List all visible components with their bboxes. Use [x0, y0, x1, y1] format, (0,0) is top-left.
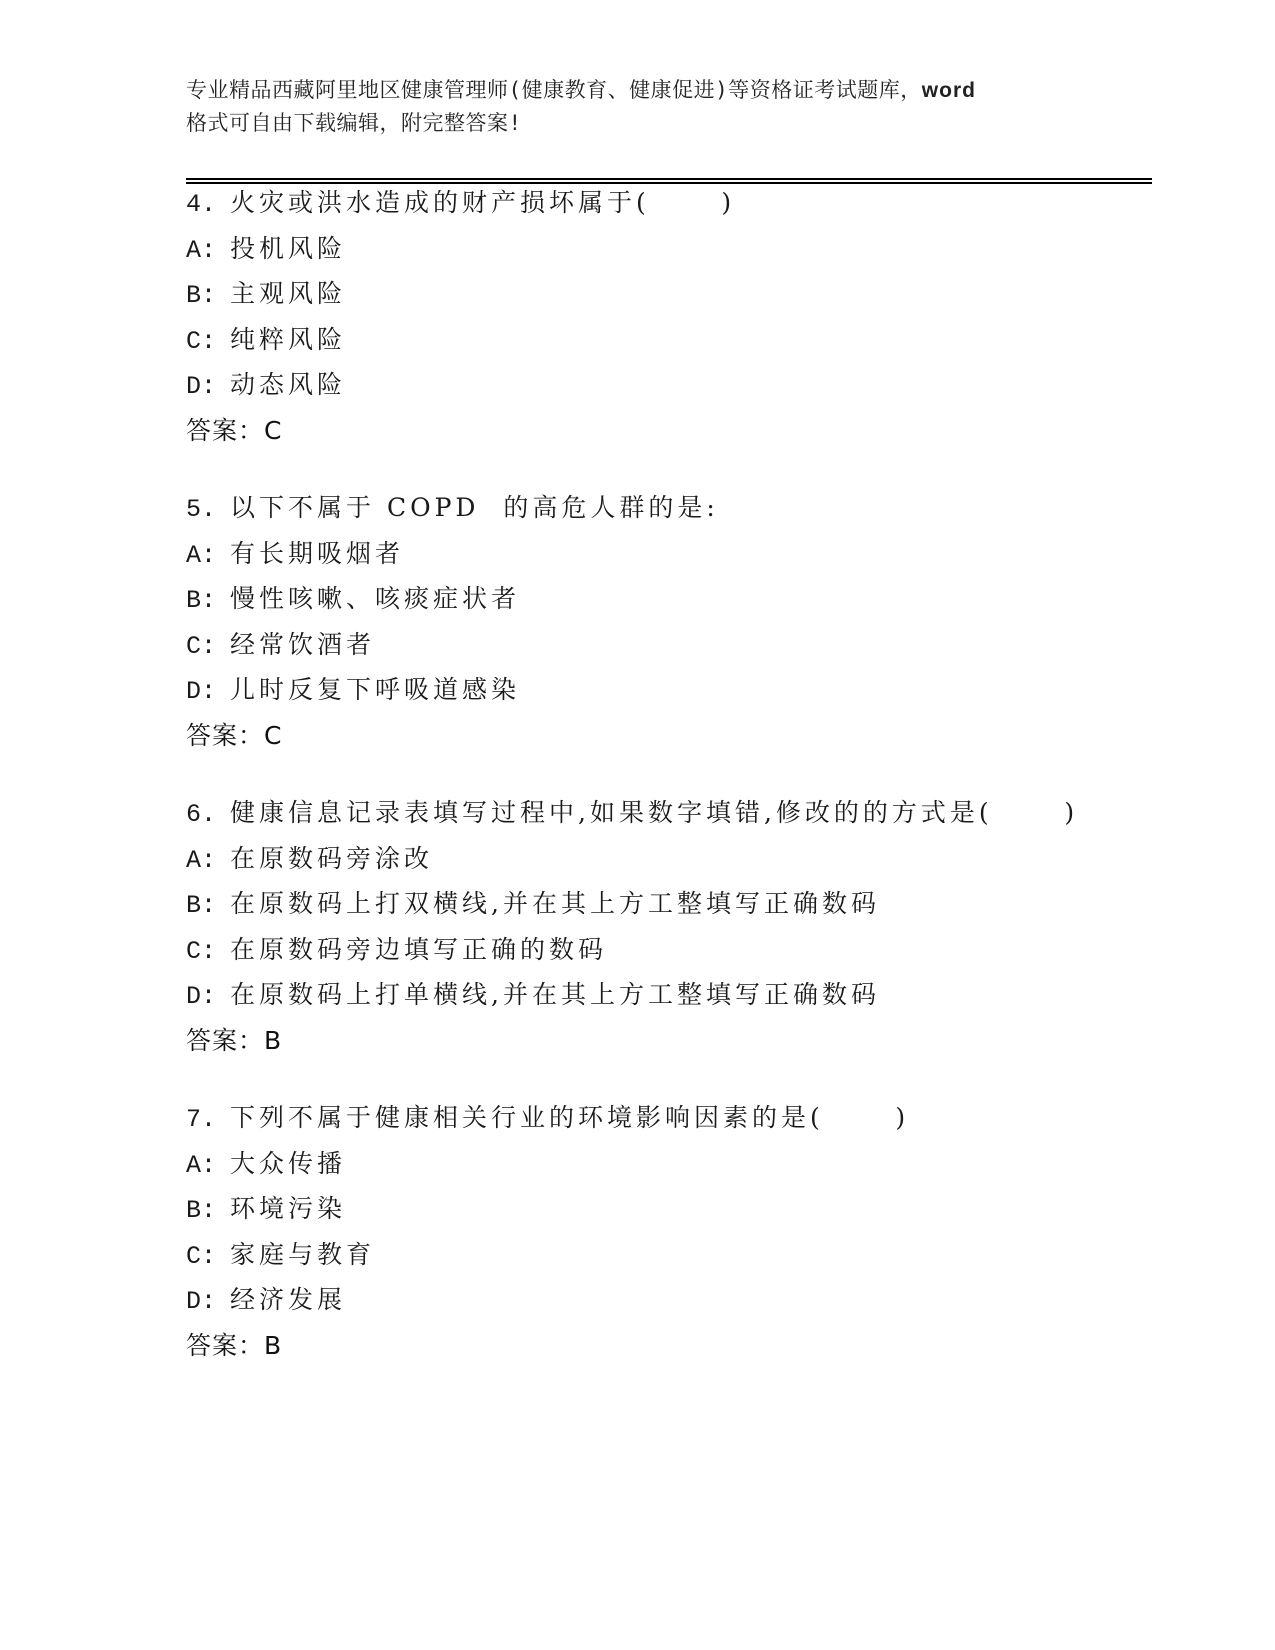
question-stem: 7.下列不属于健康相关行业的环境影响因素的是( ) [186, 1095, 1186, 1141]
option-label: A: [186, 1143, 230, 1189]
question-text: 火灾或洪水造成的财产损坏属于( ) [230, 188, 735, 217]
option-label: C: [186, 929, 230, 975]
document-page: 专业精品西藏阿里地区健康管理师(健康教育、健康促进)等资格证考试题库，word … [0, 0, 1275, 1650]
question-text: 健康信息记录表填写过程中,如果数字填错,修改的的方式是( ) [230, 798, 1078, 827]
option-label: B: [186, 883, 230, 929]
option-b: B:慢性咳嗽、咳痰症状者 [186, 576, 1186, 622]
question-5: 5.以下不属于 COPD 的高危人群的是: A:有长期吸烟者 B:慢性咳嗽、咳痰… [186, 485, 1186, 758]
option-text: 儿时反复下呼吸道感染 [230, 675, 520, 704]
answer-value: B [264, 1026, 282, 1055]
option-c: C:纯粹风险 [186, 317, 1186, 363]
question-4: 4.火灾或洪水造成的财产损坏属于( ) A:投机风险 B:主观风险 C:纯粹风险… [186, 180, 1186, 453]
option-text: 动态风险 [230, 370, 346, 399]
option-label: A: [186, 228, 230, 274]
option-label: D: [186, 669, 230, 715]
option-d: D:儿时反复下呼吸道感染 [186, 667, 1186, 713]
answer-value: C [264, 721, 282, 750]
option-label: D: [186, 364, 230, 410]
question-text: 下列不属于健康相关行业的环境影响因素的是( ) [230, 1103, 909, 1132]
document-header: 专业精品西藏阿里地区健康管理师(健康教育、健康促进)等资格证考试题库，word … [186, 74, 1086, 139]
answer-line: 答案：C [186, 713, 1186, 759]
option-label: A: [186, 838, 230, 884]
option-text: 经常饮酒者 [230, 630, 375, 659]
question-number: 5. [186, 487, 230, 533]
option-label: C: [186, 624, 230, 670]
option-text: 主观风险 [230, 279, 346, 308]
option-b: B:在原数码上打双横线,并在其上方工整填写正确数码 [186, 881, 1186, 927]
option-a: A:在原数码旁涂改 [186, 836, 1186, 882]
option-text: 投机风险 [230, 234, 346, 263]
option-label: D: [186, 974, 230, 1020]
option-text: 在原数码旁边填写正确的数码 [230, 935, 607, 964]
option-c: C:在原数码旁边填写正确的数码 [186, 927, 1186, 973]
option-label: B: [186, 578, 230, 624]
question-number: 7. [186, 1097, 230, 1143]
answer-label: 答案： [186, 1331, 264, 1360]
question-6: 6.健康信息记录表填写过程中,如果数字填错,修改的的方式是( ) A:在原数码旁… [186, 790, 1186, 1063]
answer-value: C [264, 416, 282, 445]
header-text: 专业精品西藏阿里地区健康管理师(健康教育、健康促进)等资格证考试题库， [186, 78, 922, 102]
answer-label: 答案： [186, 721, 264, 750]
option-label: C: [186, 319, 230, 365]
answer-label: 答案： [186, 416, 264, 445]
option-c: C:经常饮酒者 [186, 622, 1186, 668]
option-b: B:主观风险 [186, 271, 1186, 317]
option-text: 大众传播 [230, 1149, 346, 1178]
header-word: word [922, 79, 976, 102]
question-text: 以下不属于 COPD 的高危人群的是: [230, 493, 719, 522]
option-text: 有长期吸烟者 [230, 539, 404, 568]
answer-line: 答案：B [186, 1018, 1186, 1064]
option-label: B: [186, 1188, 230, 1234]
question-number: 6. [186, 792, 230, 838]
option-text: 纯粹风险 [230, 325, 346, 354]
option-d: D:在原数码上打单横线,并在其上方工整填写正确数码 [186, 972, 1186, 1018]
option-c: C:家庭与教育 [186, 1232, 1186, 1278]
answer-value: B [264, 1331, 282, 1360]
question-stem: 5.以下不属于 COPD 的高危人群的是: [186, 485, 1186, 531]
option-d: D:动态风险 [186, 362, 1186, 408]
option-text: 在原数码旁涂改 [230, 844, 433, 873]
option-text: 慢性咳嗽、咳痰症状者 [230, 584, 520, 613]
option-label: D: [186, 1279, 230, 1325]
question-number: 4. [186, 182, 230, 228]
option-text: 经济发展 [230, 1285, 346, 1314]
question-stem: 4.火灾或洪水造成的财产损坏属于( ) [186, 180, 1186, 226]
option-label: B: [186, 273, 230, 319]
option-label: C: [186, 1234, 230, 1280]
header-line-1: 专业精品西藏阿里地区健康管理师(健康教育、健康促进)等资格证考试题库，word [186, 74, 1086, 107]
option-text: 在原数码上打双横线,并在其上方工整填写正确数码 [230, 889, 880, 918]
answer-label: 答案： [186, 1026, 264, 1055]
option-d: D:经济发展 [186, 1277, 1186, 1323]
option-a: A:投机风险 [186, 226, 1186, 272]
question-7: 7.下列不属于健康相关行业的环境影响因素的是( ) A:大众传播 B:环境污染 … [186, 1095, 1186, 1368]
option-b: B:环境污染 [186, 1186, 1186, 1232]
header-line-2: 格式可自由下载编辑，附完整答案! [186, 107, 1086, 139]
answer-line: 答案：C [186, 408, 1186, 454]
option-text: 家庭与教育 [230, 1240, 375, 1269]
option-a: A:有长期吸烟者 [186, 531, 1186, 577]
option-a: A:大众传播 [186, 1141, 1186, 1187]
option-label: A: [186, 533, 230, 579]
option-text: 在原数码上打单横线,并在其上方工整填写正确数码 [230, 980, 880, 1009]
answer-line: 答案：B [186, 1323, 1186, 1369]
question-stem: 6.健康信息记录表填写过程中,如果数字填错,修改的的方式是( ) [186, 790, 1186, 836]
option-text: 环境污染 [230, 1194, 346, 1223]
